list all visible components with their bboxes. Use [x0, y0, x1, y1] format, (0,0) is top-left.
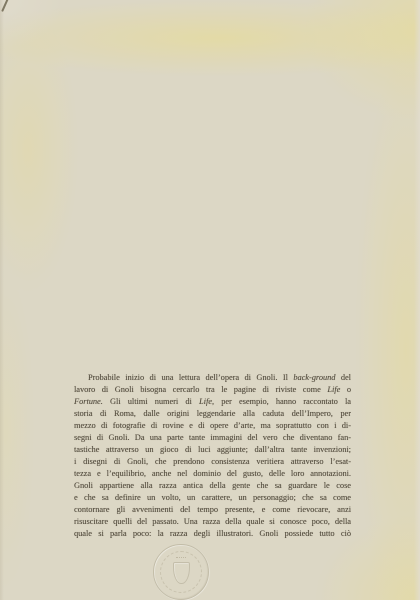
paragraph-line: mezzo di fotografie di rovine e di opere…	[74, 420, 351, 432]
paragraph-line: risuscitare quelli del passato. Una razz…	[74, 516, 351, 528]
paragraph-line: storia di Roma, dalle origini leggendari…	[74, 408, 351, 420]
paragraph-line: Fortune. Gli ultimi numeri di Life, per …	[74, 396, 351, 408]
embossed-blind-stamp-shield-icon	[153, 544, 209, 600]
scratch-mark	[1, 0, 8, 12]
book-page-scan: Probabile inizio di una lettura dell’ope…	[0, 0, 420, 600]
paragraph-line: e che sa definire un volto, un carattere…	[74, 492, 351, 504]
paragraph-line: tastiche attraverso un gioco di luci agg…	[74, 444, 351, 456]
paragraph-line: Probabile inizio di una lettura dell’ope…	[74, 372, 351, 384]
paragraph-line: i disegni di Gnoli, che prendono consist…	[74, 456, 351, 468]
paragraph-line: tezza e l’equilibrio, anche nel dominio …	[74, 468, 351, 480]
paragraph-line: lavoro di Gnoli bisogna cercarlo tra le …	[74, 384, 351, 396]
paragraph-line: contornare gli avvenimenti del tempo pre…	[74, 504, 351, 516]
paragraph-line: Gnoli appartiene alla razza antica della…	[74, 480, 351, 492]
paragraph: Probabile inizio di una lettura dell’ope…	[74, 372, 351, 540]
paragraph-line: quale si parla poco: la razza degli illu…	[74, 528, 351, 540]
paragraph-line: segni di Gnoli. Da una parte tante immag…	[74, 432, 351, 444]
